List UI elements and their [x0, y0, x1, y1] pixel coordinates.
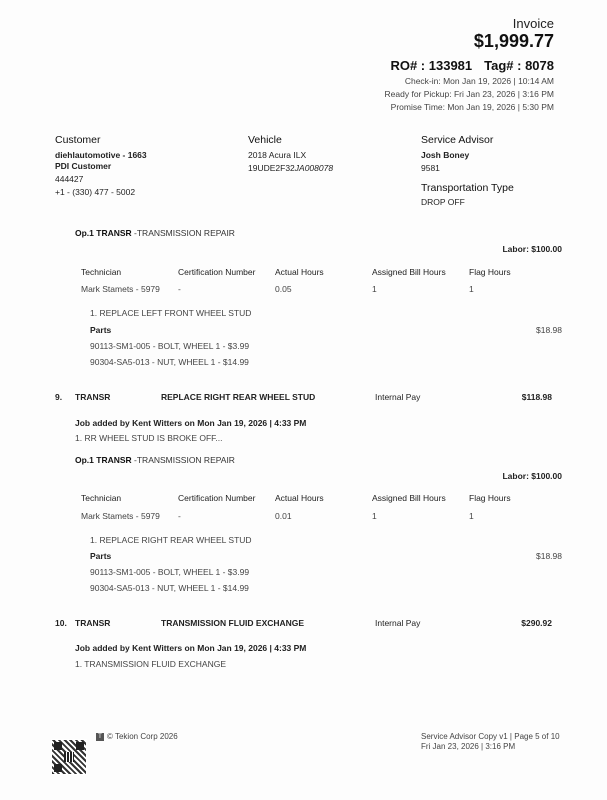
col-technician: Technician: [81, 493, 121, 503]
part-item: 90304-SA5-013 - NUT, WHEEL 1 - $14.99: [90, 357, 249, 367]
op-description: -TRANSMISSION REPAIR: [132, 455, 235, 465]
job-code: TRANSR: [75, 392, 110, 402]
ready-for-pickup-time: Ready for Pickup: Fri Jan 23, 2026 | 3:1…: [385, 89, 554, 99]
promise-time: Promise Time: Mon Jan 19, 2026 | 5:30 PM: [391, 102, 554, 112]
invoice-title: Invoice: [513, 16, 554, 31]
job-title: TRANSMISSION FLUID EXCHANGE: [161, 618, 304, 628]
printed-time: Fri Jan 23, 2026 | 3:16 PM: [421, 742, 515, 751]
cell-flag-hours: 1: [469, 511, 474, 521]
job-amount: $118.98: [522, 392, 552, 402]
vehicle-vin: 19UDE2F32JA008078: [248, 163, 333, 173]
col-certification: Certification Number: [178, 493, 255, 503]
parts-total: $18.98: [536, 551, 562, 561]
cell-assigned-bill-hours: 1: [372, 511, 377, 521]
transportation-heading: Transportation Type: [421, 182, 514, 194]
ro-tag-line: RO# : 133981Tag# : 8078: [390, 58, 554, 73]
vin-suffix: JA008078: [295, 163, 333, 173]
job-title: REPLACE RIGHT REAR WHEEL STUD: [161, 392, 315, 402]
customer-id: 444427: [55, 174, 83, 184]
vin-prefix: 19UDE2F32: [248, 163, 295, 173]
copy-info: Service Advisor Copy v1 | Page 5 of 10: [421, 732, 560, 741]
check-in-time: Check-in: Mon Jan 19, 2026 | 10:14 AM: [405, 76, 554, 86]
cell-certification: -: [178, 511, 181, 521]
tag-number: Tag# : 8078: [484, 58, 554, 73]
part-item: 90113-SM1-005 - BOLT, WHEEL 1 - $3.99: [90, 567, 249, 577]
op-code: Op.1 TRANSR: [75, 455, 132, 465]
job-pay-type: Internal Pay: [375, 392, 420, 402]
tekion-logo-icon: T: [96, 733, 104, 741]
cell-flag-hours: 1: [469, 284, 474, 294]
part-item: 90113-SM1-005 - BOLT, WHEEL 1 - $3.99: [90, 341, 249, 351]
qr-code-icon: [51, 739, 87, 775]
job-added-by: Job added by Kent Witters on Mon Jan 19,…: [75, 643, 306, 653]
part-item: 90304-SA5-013 - NUT, WHEEL 1 - $14.99: [90, 583, 249, 593]
copyright: T© Tekion Corp 2026: [96, 732, 178, 741]
parts-label: Parts: [90, 551, 111, 561]
correction-step: 1. REPLACE LEFT FRONT WHEEL STUD: [90, 308, 251, 318]
job-pay-type: Internal Pay: [375, 618, 420, 628]
col-assigned-bill-hours: Assigned Bill Hours: [372, 493, 446, 503]
cell-actual-hours: 0.05: [275, 284, 292, 294]
cell-certification: -: [178, 284, 181, 294]
transportation-type: DROP OFF: [421, 197, 465, 207]
customer-heading: Customer: [55, 134, 101, 146]
operation-line: Op.1 TRANSR -TRANSMISSION REPAIR: [75, 228, 235, 238]
correction-step: 1. REPLACE RIGHT REAR WHEEL STUD: [90, 535, 252, 545]
col-certification: Certification Number: [178, 267, 255, 277]
cell-assigned-bill-hours: 1: [372, 284, 377, 294]
op-description: -TRANSMISSION REPAIR: [132, 228, 235, 238]
parts-label: Parts: [90, 325, 111, 335]
col-technician: Technician: [81, 267, 121, 277]
job-amount: $290.92: [521, 618, 552, 628]
service-advisor-name: Josh Boney: [421, 150, 469, 160]
col-assigned-bill-hours: Assigned Bill Hours: [372, 267, 446, 277]
parts-total: $18.98: [536, 325, 562, 335]
job-concern: 1. RR WHEEL STUD IS BROKE OFF...: [75, 433, 223, 443]
job-number: 9.: [55, 392, 62, 402]
col-flag-hours: Flag Hours: [469, 493, 511, 503]
cell-technician: Mark Stamets - 5979: [81, 511, 160, 521]
service-advisor-heading: Service Advisor: [421, 134, 493, 146]
customer-name: diehlautomotive - 1663: [55, 150, 147, 160]
service-advisor-id: 9581: [421, 163, 440, 173]
cell-technician: Mark Stamets - 5979: [81, 284, 160, 294]
job-number: 10.: [55, 618, 67, 628]
col-flag-hours: Flag Hours: [469, 267, 511, 277]
col-actual-hours: Actual Hours: [275, 493, 324, 503]
job-concern: 1. TRANSMISSION FLUID EXCHANGE: [75, 659, 226, 669]
vehicle-model: 2018 Acura ILX: [248, 150, 306, 160]
invoice-total: $1,999.77: [474, 31, 554, 52]
customer-type: PDI Customer: [55, 161, 111, 171]
job-added-by: Job added by Kent Witters on Mon Jan 19,…: [75, 418, 306, 428]
customer-phone: +1 - (330) 477 - 5002: [55, 187, 135, 197]
labor-amount: Labor: $100.00: [502, 244, 562, 254]
job-code: TRANSR: [75, 618, 110, 628]
op-code: Op.1 TRANSR: [75, 228, 132, 238]
ro-number: RO# : 133981: [390, 58, 472, 73]
copyright-text: © Tekion Corp 2026: [107, 732, 178, 741]
cell-actual-hours: 0.01: [275, 511, 292, 521]
vehicle-heading: Vehicle: [248, 134, 282, 146]
col-actual-hours: Actual Hours: [275, 267, 324, 277]
operation-line: Op.1 TRANSR -TRANSMISSION REPAIR: [75, 455, 235, 465]
labor-amount: Labor: $100.00: [502, 471, 562, 481]
